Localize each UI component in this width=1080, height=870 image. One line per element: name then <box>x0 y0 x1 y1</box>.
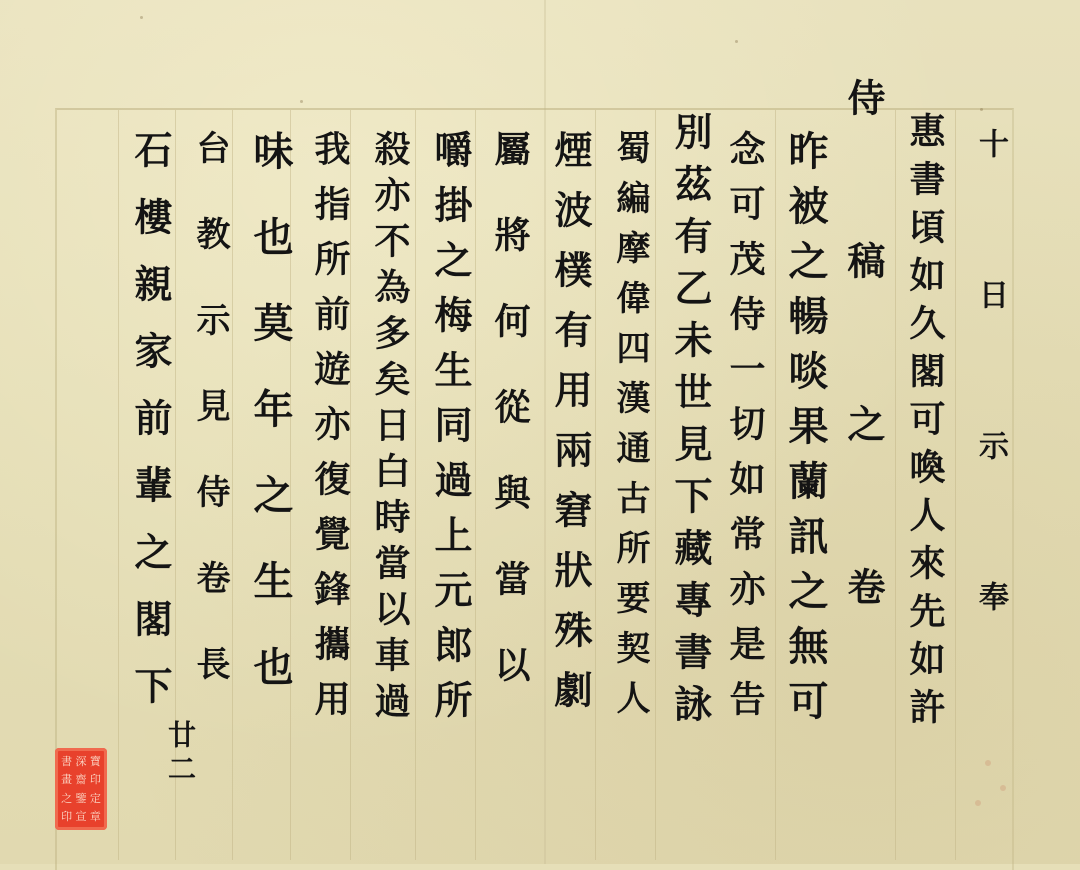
foxing-stain <box>985 760 991 766</box>
red-seal-stamp: 書深寶畫齋印之鑒定印宣章 <box>55 748 107 830</box>
seal-character: 宣 <box>74 808 87 825</box>
paper-speck <box>300 100 303 103</box>
paper-speck <box>735 40 738 43</box>
seal-character: 寶 <box>89 753 102 770</box>
calligraphy-column: 念可茂侍一切如常亦是告 <box>715 130 775 735</box>
seal-character: 印 <box>89 771 102 788</box>
seal-character: 深 <box>74 753 87 770</box>
calligraphy-column: 惠書頃如久閣可喚人來先如許 <box>895 112 955 736</box>
calligraphy-column: 台教示見侍卷長 <box>180 130 240 732</box>
seal-character: 鑒 <box>74 790 87 807</box>
calligraphy-column: 昨被之暢啖果蘭訊之無可 <box>775 130 835 735</box>
seal-character: 齋 <box>74 771 87 788</box>
foxing-stain <box>975 800 981 806</box>
calligraphy-column: 嚼掛之梅生同過上元郎所 <box>420 130 480 735</box>
seal-character: 章 <box>89 808 102 825</box>
signature-date: 廿二 <box>150 720 210 788</box>
foxing-stain <box>1000 785 1006 791</box>
calligraphy-column: 殺亦不為多矣日白時當以車過 <box>360 130 420 728</box>
calligraphy-column: 侍稿之卷 <box>833 78 893 730</box>
calligraphy-column: 屬將何從與當以 <box>480 130 540 732</box>
calligraphy-column: 別茲有乙未世見下藏專書詠 <box>660 112 720 736</box>
seal-character: 印 <box>60 808 73 825</box>
calligraphy-column: 味也莫年之生也 <box>240 130 300 732</box>
calligraphy-column: 煙波樸有用兩窘狀殊劇 <box>540 130 600 730</box>
calligraphy-column: 十日示奉 <box>960 128 1020 732</box>
column-rule <box>955 110 956 860</box>
paper-speck <box>980 108 983 111</box>
calligraphy-column: 我指所前遊亦復覺鋒攜用 <box>300 130 360 735</box>
seal-character: 之 <box>60 790 73 807</box>
column-rule <box>118 110 119 860</box>
paper-speck <box>140 16 143 19</box>
calligraphy-column: 石樓親家前輩之閣下 <box>120 130 180 733</box>
calligraphy-column: 蜀編摩偉四漢通古所要契人 <box>600 130 660 730</box>
seal-character: 畫 <box>60 771 73 788</box>
seal-character: 定 <box>89 790 102 807</box>
seal-character: 書 <box>60 753 73 770</box>
